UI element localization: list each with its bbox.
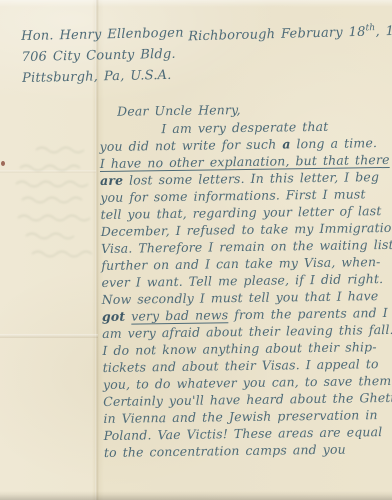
address-block: Hon. Henry Ellenbogen 706 City County Bl… [21, 23, 185, 89]
date-line: Richborough February 18th, 1940. [188, 22, 392, 44]
letter-line: to the concentration camps and you [104, 440, 392, 461]
letter-body: Dear Uncle Henry, I am very desperate th… [99, 99, 392, 461]
paper-bottom-edge [0, 491, 392, 500]
letter-text-segment: from the parents and I [228, 305, 388, 322]
horizontal-fold-crease [0, 334, 98, 338]
date-year: , 1940. [375, 23, 392, 39]
letter-body-lines: I am very desperate thatyou did not writ… [99, 117, 392, 461]
letter-text-segment: very bad news [131, 307, 228, 323]
letter-text-segment: long a time. [290, 135, 377, 151]
address-line: Pittsburgh, Pa, U.S.A. [22, 65, 185, 89]
letter-text-segment: you did not write for such [100, 136, 283, 154]
letter-text-segment: I am very desperate that [161, 119, 328, 136]
letter-text-segment: are [100, 173, 123, 188]
letter-text-segment: to the concentration camps and you [104, 442, 346, 460]
place-and-date: Richborough February 18 [188, 25, 366, 45]
letter-page: Hon. Henry Ellenbogen 706 City County Bl… [0, 0, 392, 500]
letter-text-segment: got [102, 309, 126, 324]
letter-text-segment: a [282, 136, 290, 151]
ink-bleedthrough [6, 122, 102, 282]
ink-speck [1, 161, 5, 166]
